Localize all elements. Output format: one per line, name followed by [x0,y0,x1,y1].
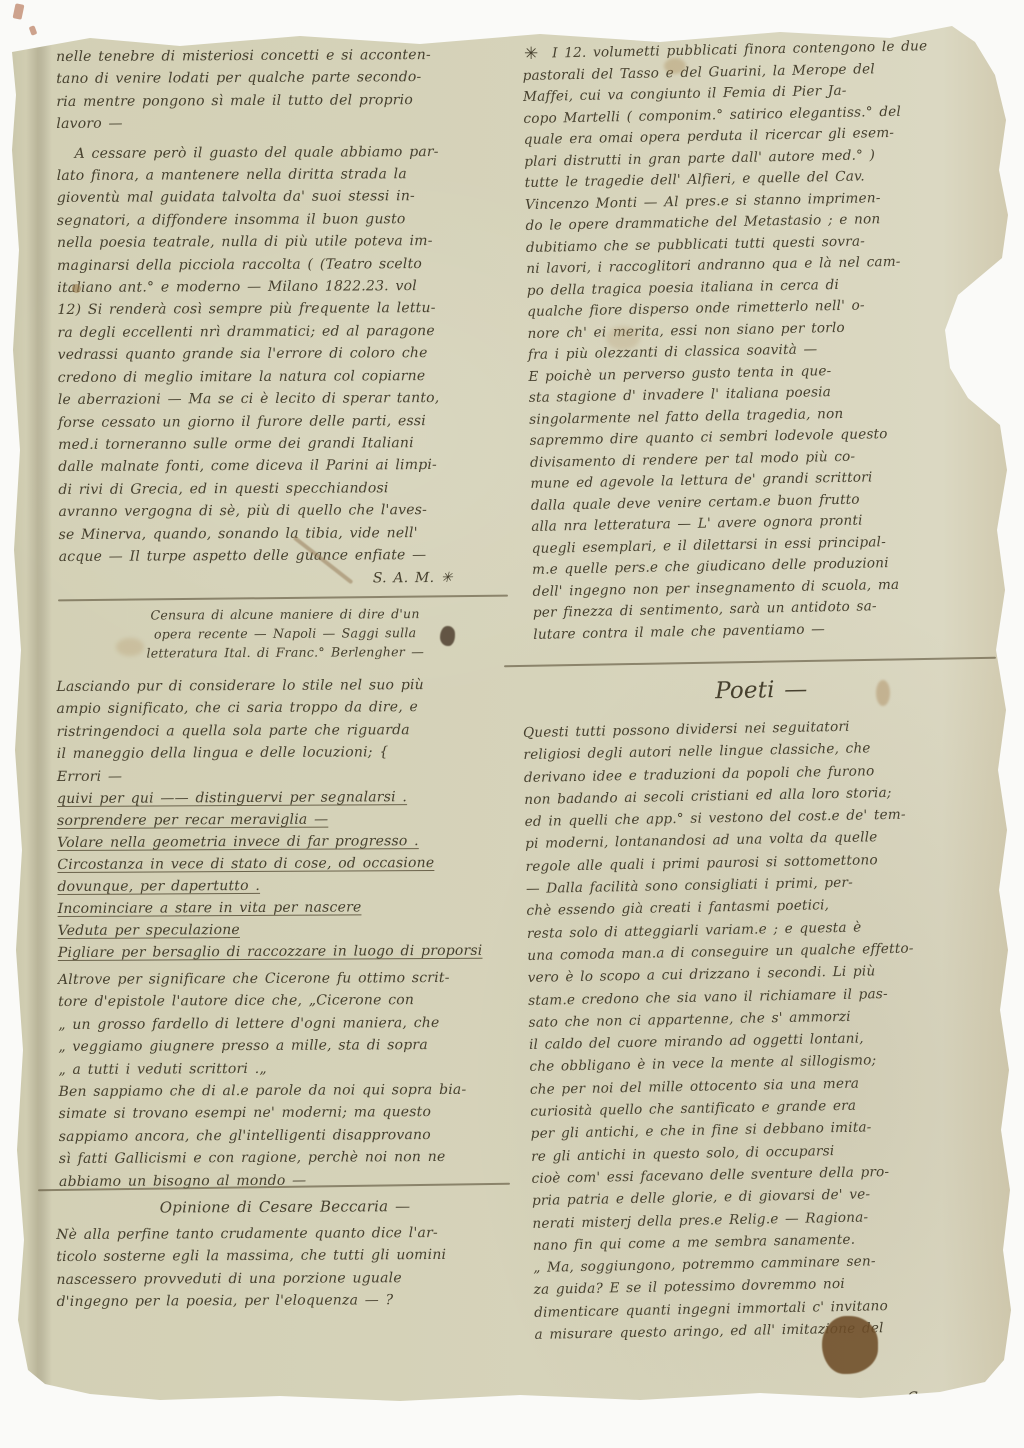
manuscript-line: quivi per qui —— distinguervi per segnal… [57,786,515,810]
manuscript-line: ticolo sosterne egli la massima, che tut… [56,1244,514,1269]
section-heading-poeti: Poeti — [522,671,1000,710]
manuscript-line: credono di meglio imitare la natura col … [58,364,516,389]
paragraph: Nè alla perfine tanto crudamente quanto … [56,1222,514,1314]
manuscript-line: „ veggiamo giugnere presso a mille, sta … [58,1034,516,1059]
manuscript-line: acque — Il turpe aspetto delle guance en… [59,544,517,569]
manuscript-line: Censura di alcune maniere di dire d'un [56,604,514,625]
manuscript-line: Circostanza in vece di stato di cose, od… [57,852,515,876]
paragraph: nelle tenebre di misteriosi concetti e s… [56,44,514,136]
manuscript-line: se Minerva, quando, sonando la tibia, vi… [59,521,517,546]
paragraph: Altrove per significare che Cicerone fu … [58,967,517,1081]
manuscript-line: ampio significato, che ci saria troppo d… [56,696,514,721]
paragraph: Questi tutti possono dividersi nei segui… [523,713,1013,1346]
paper-stain [72,284,81,293]
manuscript-line: Ben sappiamo che di al.e parole da noi q… [58,1079,516,1104]
divider-line [58,595,508,601]
manuscript-line: dalle malnate fonti, come diceva il Pari… [58,454,516,479]
manuscript-line: sappiamo ancora, che gl'intelligenti dis… [59,1123,517,1148]
manuscript-line: ra degli eccellenti nrì drammatici; ed a… [57,319,515,344]
manuscript-line: sorprendere per recar meraviglia — [57,808,515,832]
manuscript-line: lato finora, a mantenere nella diritta s… [57,163,515,188]
manuscript-line: gioventù mal guidata talvolta da' suoi s… [57,185,515,210]
manuscript-page: nelle tenebre di misteriosi concetti e s… [0,0,1024,1448]
manuscript-line: Veduta per speculazione [58,918,516,942]
manuscript-line: Altrove per significare che Cicerone fu … [58,967,516,992]
manuscript-line: Pigliare per bersaglio di raccozzare in … [58,940,516,964]
manuscript-line: ria mentre pongono sì male il tutto del … [56,88,514,113]
manuscript-line: „ un grosso fardello di lettere d'ogni m… [58,1011,516,1036]
footnote-text: I 12. volumetti pubblicati finora conten… [522,35,1011,646]
ink-spot [440,626,455,646]
manuscript-line: tore d'epistole l'autore dice che, „Cice… [58,989,516,1014]
right-column-footnote: I 12. volumetti pubblicati finora conten… [522,35,1011,646]
section-heading-beccaria: Opinione di Cesare Beccaria — [56,1194,514,1220]
manuscript-line: il maneggio della lingua e delle locuzio… [57,741,515,766]
left-column-upper: nelle tenebre di misteriosi concetti e s… [56,44,517,593]
manuscript-line: med.i torneranno sulle orme dei grandi I… [58,432,516,457]
manuscript-line: 12) Si renderà così sempre più frequente… [57,297,515,322]
manuscript-line: le aberrazioni — Ma se ci è lecito di sp… [58,387,516,412]
paper-stain [606,326,640,350]
paragraph: Ben sappiamo che di al.e parole da noi q… [58,1079,517,1193]
manuscript-line: d'ingegno per la poesia, per l'eloquenza… [56,1289,514,1314]
manuscript-line: nella poesia teatrale, nulla di più util… [57,230,515,255]
paper-fold-crease [26,30,52,1400]
manuscript-line: „ a tutti i veduti scrittori .„ [58,1056,516,1081]
manuscript-line: simate si trovano esempi ne' moderni; ma… [59,1101,517,1126]
right-column-main: Poeti — Questi tutti possono dividersi n… [522,671,1013,1346]
manuscript-line: forse cessato un giorno il furore delle … [58,409,516,434]
manuscript-line: segnatori, a diffondere insomma il buon … [57,207,515,232]
ink-blot [822,1316,878,1374]
manuscript-line: tano di venire lodati per qualche parte … [56,66,514,91]
manuscript-line: maginarsi della picciola raccolta ( (Tea… [57,252,515,277]
paragraph: Lasciando pur di considerare lo stile ne… [56,674,515,788]
manuscript-line: Volare nella geometria invece di far pro… [57,830,515,854]
paragraph: A cessare però il guasto del quale abbia… [57,140,517,568]
page-number: 6 [906,1388,918,1410]
manuscript-line: nelle tenebre di misteriosi concetti e s… [56,44,514,69]
paper-stain [664,58,686,74]
signature: S. A. M. ✳ [59,566,517,592]
manuscript-line: nascessero provveduti di una porzione ug… [56,1266,514,1291]
manuscript-line: Nè alla perfine tanto crudamente quanto … [56,1222,514,1247]
manuscript-line: A cessare però il guasto del quale abbia… [57,140,515,165]
manuscript-line: ristringendoci a quella sola parte che r… [57,718,515,743]
manuscript-line: Errori — [57,763,515,788]
paper-stain [876,680,890,706]
manuscript-line: lavoro — [56,111,514,136]
manuscript-line: Incominciare a stare in vita per nascere [58,896,516,920]
manuscript-line: sì fatti Gallicismi e con ragione, perch… [59,1146,517,1171]
red-edge-mark [13,3,25,20]
left-column-lower: Opinione di Cesare Beccaria — Nè alla pe… [56,1194,515,1314]
manuscript-line: dovunque, per dapertutto . [57,874,515,898]
red-edge-mark [29,25,38,36]
manuscript-line: di rivi di Grecia, ed in questi specchia… [58,476,516,501]
left-column-middle: Censura di alcune maniere di dire d'unop… [56,604,517,1193]
manuscript-line: avranno vergogna di sè, più di quello ch… [58,499,516,524]
manuscript-line: Lasciando pur di considerare lo stile ne… [56,674,514,699]
errori-list: quivi per qui —— distinguervi per segnal… [57,786,516,964]
paper-stain [116,638,144,656]
manuscript-line: vedrassi quanto grande sia l'errore di c… [58,342,516,367]
divider-line [504,657,996,667]
manuscript-line: italiano ant.° e moderno — Milano 1822.2… [57,275,515,300]
